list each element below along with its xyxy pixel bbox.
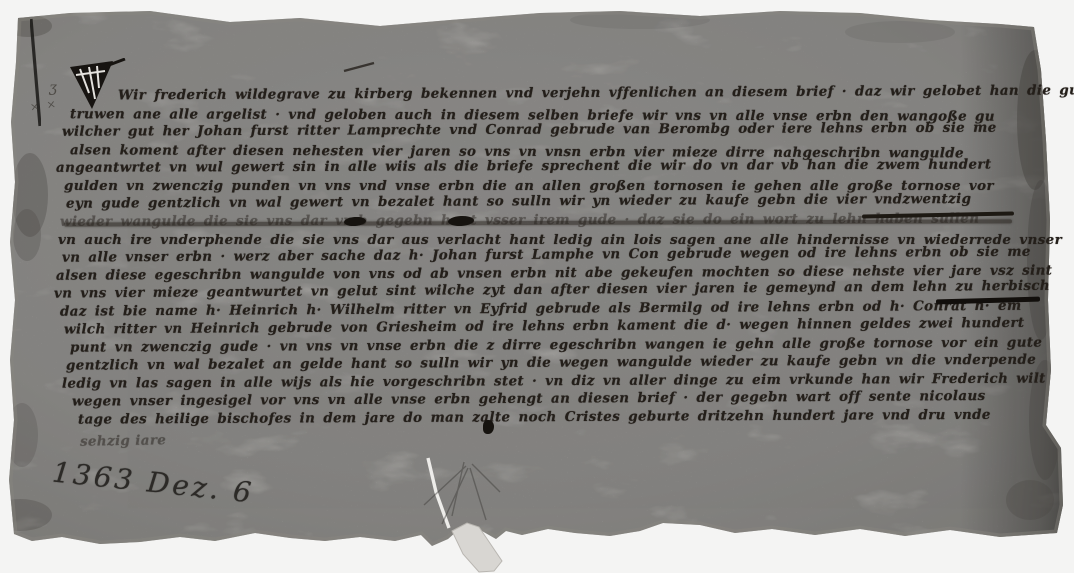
manuscript-line: angeantwrtet vn wul gewert sin in alle w… [0,155,1074,177]
manuscript-line-fragment: sehzig iare [80,432,167,450]
manuscript-photo: ʒ × × Wir frederich wildegrave zu kirber… [0,0,1074,573]
manuscript-line: wilcher gut her Johan furst ritter Lampr… [0,118,1074,141]
charter-text-block: Wir frederich wildegrave zu kirberg beke… [0,87,1074,429]
